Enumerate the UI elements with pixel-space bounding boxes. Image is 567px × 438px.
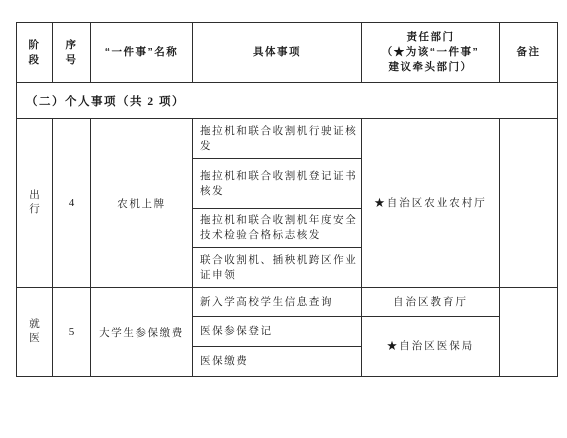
row4-name: 农机上牌: [91, 119, 193, 288]
row4-item-3: 拖拉机和联合收割机年度安全技术检验合格标志核发: [193, 209, 362, 248]
header-items: 具体事项: [193, 23, 362, 83]
row5-note: [500, 288, 558, 377]
row5-dept-1: 自治区教育厅: [362, 288, 500, 317]
row5-item-1: 新入学高校学生信息查询: [193, 288, 362, 317]
row4-stage: 出 行: [17, 119, 53, 288]
row5-name: 大学生参保缴费: [91, 288, 193, 377]
row4-item-2: 拖拉机和联合收割机登记证书核发: [193, 159, 362, 209]
header-name: “一件事”名称: [91, 23, 193, 83]
row5-serial: 5: [53, 288, 91, 377]
header-row: 阶 段 序 号 “一件事”名称 具体事项 责任部门 （★为该“一件事” 建议牵头…: [17, 23, 558, 83]
section-row: （二）个人事项（共 2 项）: [17, 83, 558, 119]
table-row: 就 医 5 大学生参保缴费 新入学高校学生信息查询 自治区教育厅: [17, 288, 558, 317]
row4-dept: ★自治区农业农村厅: [362, 119, 500, 288]
row4-item-1: 拖拉机和联合收割机行驶证核发: [193, 119, 362, 159]
row5-stage: 就 医: [17, 288, 53, 377]
header-stage: 阶 段: [17, 23, 53, 83]
header-note: 备注: [500, 23, 558, 83]
row4-note: [500, 119, 558, 288]
row5-item-2: 医保参保登记: [193, 317, 362, 347]
header-dept: 责任部门 （★为该“一件事” 建议牵头部门）: [362, 23, 500, 83]
one-thing-matters-table: 阶 段 序 号 “一件事”名称 具体事项 责任部门 （★为该“一件事” 建议牵头…: [16, 22, 558, 377]
row5-item-3: 医保缴费: [193, 347, 362, 377]
section-title: （二）个人事项（共 2 项）: [17, 83, 558, 119]
table-row: 出 行 4 农机上牌 拖拉机和联合收割机行驶证核发 ★自治区农业农村厅: [17, 119, 558, 159]
row4-item-4: 联合收割机、插秧机跨区作业证申领: [193, 248, 362, 288]
header-serial: 序 号: [53, 23, 91, 83]
row5-dept-2: ★自治区医保局: [362, 317, 500, 377]
row4-serial: 4: [53, 119, 91, 288]
